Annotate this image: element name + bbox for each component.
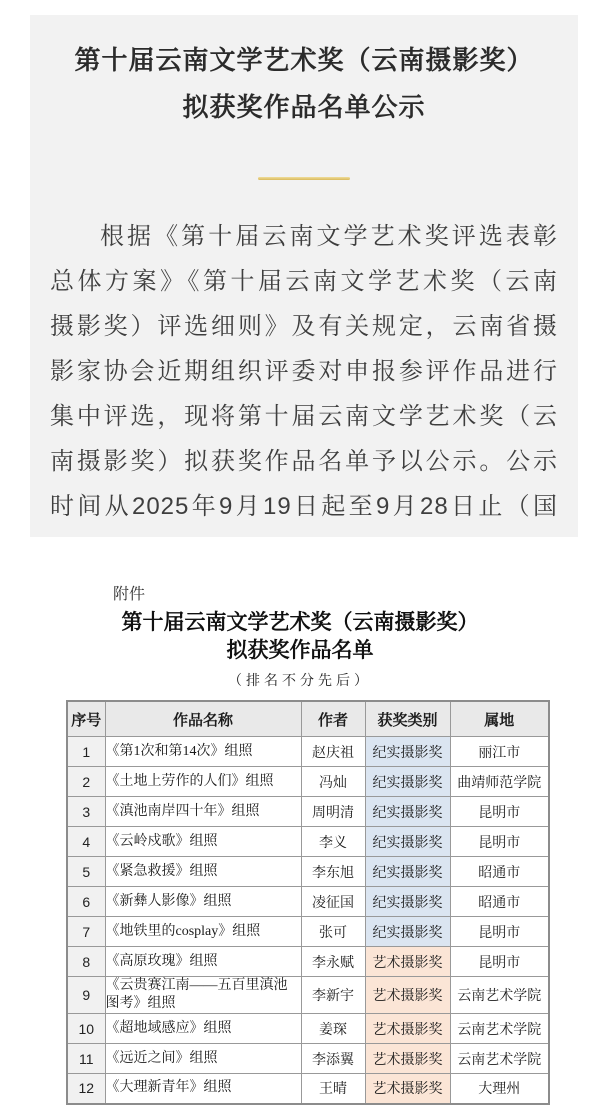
cell-work: 《高原玫瑰》组照 [105,947,301,977]
cell-work: 《土地上劳作的人们》组照 [105,767,301,797]
cell-author: 李东旭 [301,857,365,887]
cell-index: 9 [67,977,105,1014]
table-row: 7《地铁里的cosplay》组照张可纪实摄影奖昆明市 [67,917,549,947]
paragraph-line: 根据《第十届云南文学艺术奖评选表彰 [50,214,558,259]
cell-author: 周明清 [301,797,365,827]
attachment-title-line-2: 拟获奖作品名单 [0,636,600,664]
table-row: 10《超地域感应》组照姜琛艺术摄影奖云南艺术学院 [67,1014,549,1044]
cell-category: 纪实摄影奖 [365,737,450,767]
cell-work: 《滇池南岸四十年》组照 [105,797,301,827]
attachment-subtitle: （排名不分先后） [0,670,600,690]
cell-category: 艺术摄影奖 [365,1044,450,1074]
cell-region: 昆明市 [450,797,549,827]
cell-work: 《云岭戍歌》组照 [105,827,301,857]
cell-category: 纪实摄影奖 [365,767,450,797]
cell-work: 《云贵赛江南——五百里滇池图考》组照 [105,977,301,1014]
cell-region: 丽江市 [450,737,549,767]
attachment-label: 附件 [113,581,600,604]
cell-category: 纪实摄影奖 [365,857,450,887]
cell-index: 12 [67,1074,105,1104]
paragraph-line: 总体方案》《第十届云南文学艺术奖（云南 [50,259,558,304]
cell-author: 赵庆祖 [301,737,365,767]
cell-author: 李新宇 [301,977,365,1014]
cell-index: 8 [67,947,105,977]
table-row: 8《高原玫瑰》组照李永赋艺术摄影奖昆明市 [67,947,549,977]
table-row: 3《滇池南岸四十年》组照周明清纪实摄影奖昆明市 [67,797,549,827]
paragraph-line: 影家协会近期组织评委对申报参评作品进行 [50,349,558,394]
table-row: 5《紧急救援》组照李东旭纪实摄影奖昭通市 [67,857,549,887]
cell-category: 艺术摄影奖 [365,947,450,977]
cell-author: 王晴 [301,1074,365,1104]
cell-author: 李义 [301,827,365,857]
cell-work: 《大理新青年》组照 [105,1074,301,1104]
paragraph-line: 时间从2025年9月19日起至9月28日止（国 [50,484,558,529]
table-row: 12《大理新青年》组照王晴艺术摄影奖大理州 [67,1074,549,1104]
cell-index: 4 [67,827,105,857]
gold-divider [258,177,350,180]
table-row: 1《第1次和第14次》组照赵庆祖纪实摄影奖丽江市 [67,737,549,767]
header-cell-author: 作者 [301,701,365,737]
table-row: 2《土地上劳作的人们》组照冯灿纪实摄影奖曲靖师范学院 [67,767,549,797]
cell-index: 10 [67,1014,105,1044]
cell-region: 云南艺术学院 [450,1014,549,1044]
page-title-line-1: 第十届云南文学艺术奖（云南摄影奖） [50,37,558,84]
announcement-paragraph: 根据《第十届云南文学艺术奖评选表彰总体方案》《第十届云南文学艺术奖（云南摄影奖）… [50,214,558,529]
paragraph-line: 南摄影奖）拟获奖作品名单予以公示。公示 [50,439,558,484]
cell-region: 昭通市 [450,857,549,887]
cell-work: 《远近之间》组照 [105,1044,301,1074]
attachment-title: 第十届云南文学艺术奖（云南摄影奖） 拟获奖作品名单 [0,608,600,664]
page-title-line-2: 拟获奖作品名单公示 [50,84,558,131]
cell-author: 冯灿 [301,767,365,797]
cell-category: 纪实摄影奖 [365,827,450,857]
announcement-card: 第十届云南文学艺术奖（云南摄影奖） 拟获奖作品名单公示 根据《第十届云南文学艺术… [30,15,578,537]
cell-category: 纪实摄影奖 [365,797,450,827]
cell-index: 2 [67,767,105,797]
table-header-row: 序号 作品名称 作者 获奖类别 属地 [67,701,549,737]
table-row: 4《云岭戍歌》组照李义纪实摄影奖昆明市 [67,827,549,857]
cell-region: 云南艺术学院 [450,1044,549,1074]
cell-work: 《第1次和第14次》组照 [105,737,301,767]
cell-work: 《紧急救援》组照 [105,857,301,887]
cell-index: 11 [67,1044,105,1074]
cell-region: 大理州 [450,1074,549,1104]
awards-table: 序号 作品名称 作者 获奖类别 属地 1《第1次和第14次》组照赵庆祖纪实摄影奖… [66,700,550,1105]
cell-index: 3 [67,797,105,827]
page-title: 第十届云南文学艺术奖（云南摄影奖） 拟获奖作品名单公示 [50,37,558,131]
cell-work: 《超地域感应》组照 [105,1014,301,1044]
cell-category: 艺术摄影奖 [365,1074,450,1104]
cell-author: 李添翼 [301,1044,365,1074]
table-row: 9《云贵赛江南——五百里滇池图考》组照李新宇艺术摄影奖云南艺术学院 [67,977,549,1014]
header-cell-work: 作品名称 [105,701,301,737]
cell-region: 云南艺术学院 [450,977,549,1014]
cell-author: 李永赋 [301,947,365,977]
cell-category: 艺术摄影奖 [365,1014,450,1044]
announcement-page: 第十届云南文学艺术奖（云南摄影奖） 拟获奖作品名单公示 根据《第十届云南文学艺术… [0,0,600,1112]
cell-region: 昆明市 [450,917,549,947]
cell-index: 7 [67,917,105,947]
cell-category: 艺术摄影奖 [365,977,450,1014]
cell-work: 《地铁里的cosplay》组照 [105,917,301,947]
attachment-title-line-1: 第十届云南文学艺术奖（云南摄影奖） [0,608,600,636]
table-row: 6《新彝人影像》组照凌征国纪实摄影奖昭通市 [67,887,549,917]
cell-region: 昆明市 [450,827,549,857]
table-row: 11《远近之间》组照李添翼艺术摄影奖云南艺术学院 [67,1044,549,1074]
cell-author: 张可 [301,917,365,947]
paragraph-line: 集中评选，现将第十届云南文学艺术奖（云 [50,394,558,439]
header-cell-region: 属地 [450,701,549,737]
cell-category: 纪实摄影奖 [365,917,450,947]
cell-work: 《新彝人影像》组照 [105,887,301,917]
cell-index: 1 [67,737,105,767]
cell-author: 姜琛 [301,1014,365,1044]
cell-index: 6 [67,887,105,917]
cell-region: 曲靖师范学院 [450,767,549,797]
cell-author: 凌征国 [301,887,365,917]
cell-index: 5 [67,857,105,887]
cell-category: 纪实摄影奖 [365,887,450,917]
header-cell-category: 获奖类别 [365,701,450,737]
cell-region: 昭通市 [450,887,549,917]
header-cell-index: 序号 [67,701,105,737]
cell-region: 昆明市 [450,947,549,977]
paragraph-line: 摄影奖）评选细则》及有关规定，云南省摄 [50,304,558,349]
